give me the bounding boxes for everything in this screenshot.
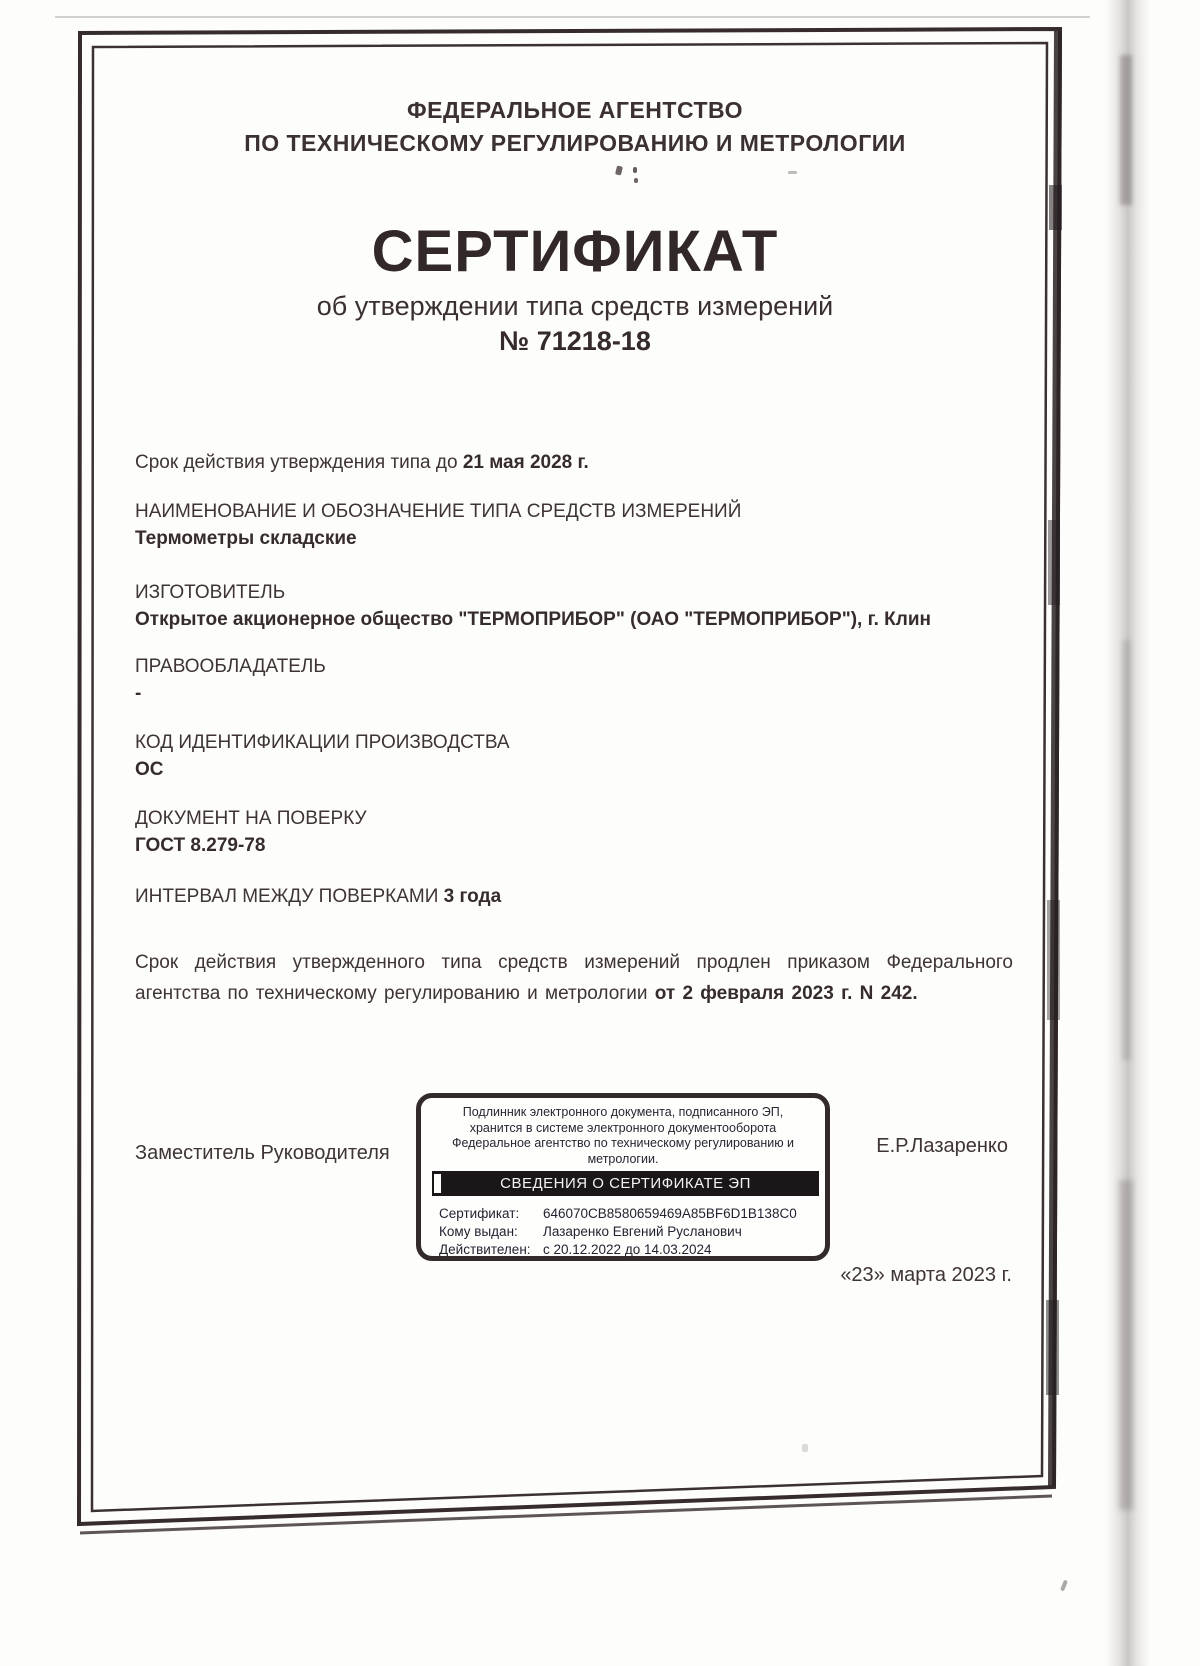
stamp-row-issued-to: Кому выдан:Лазаренко Евгений Русланович <box>439 1223 825 1241</box>
extension-paragraph: Срок действия утвержденного типа средств… <box>135 947 1013 1009</box>
stamp-valid-label: Действителен: <box>439 1241 543 1259</box>
stamp-certificate-details: Сертификат:646070CB8580659469A85BF6D1B13… <box>439 1205 825 1259</box>
scan-streak-artifact <box>1120 55 1132 205</box>
validity-prefix: Срок действия утверждения типа до <box>135 452 463 473</box>
rights-holder-value: - <box>135 681 1013 707</box>
scan-streak-artifact <box>1119 1180 1133 1510</box>
scan-smudge <box>633 167 637 173</box>
certificate-number: № 71218-18 <box>80 326 1070 357</box>
scan-streak-artifact <box>1122 640 1131 1060</box>
agency-name-line2: ПО ТЕХНИЧЕСКОМУ РЕГУЛИРОВАНИЮ И МЕТРОЛОГ… <box>80 127 1070 160</box>
scan-smudge <box>615 165 623 175</box>
validity-date: 21 мая 2028 г. <box>463 452 589 473</box>
interval-prefix: ИНТЕРВАЛ МЕЖДУ ПОВЕРКАМИ <box>135 886 444 907</box>
production-code-value: ОС <box>135 757 1013 783</box>
agency-name-line1: ФЕДЕРАЛЬНОЕ АГЕНТСТВО <box>80 94 1070 127</box>
signatory-position: Заместитель Руководителя <box>135 1142 390 1165</box>
verification-interval-line: ИНТЕРВАЛ МЕЖДУ ПОВЕРКАМИ 3 года <box>135 884 1013 910</box>
certificate-title: СЕРТИФИКАТ <box>80 222 1070 282</box>
electronic-signature-stamp: Подлинник электронного документа, подпис… <box>416 1093 830 1261</box>
production-code-label: КОД ИДЕНТИФИКАЦИИ ПРОИЗВОДСТВА <box>135 730 1013 756</box>
agency-name: ФЕДЕРАЛЬНОЕ АГЕНТСТВО ПО ТЕХНИЧЕСКОМУ РЕ… <box>80 94 1070 160</box>
scan-smudge <box>802 1444 808 1452</box>
stamp-valid-value: с 20.12.2022 до 14.03.2024 <box>543 1242 712 1257</box>
scan-smudge <box>788 171 797 174</box>
stamp-intro-line: Подлинник электронного документа, подпис… <box>431 1105 815 1121</box>
manufacturer-value: Открытое акционерное общество "ТЕРМОПРИБ… <box>135 607 1013 633</box>
stamp-issued-label: Кому выдан: <box>439 1223 543 1241</box>
scan-smudge <box>1060 1580 1068 1592</box>
stamp-certificate-info-header: СВЕДЕНИЯ О СЕРТИФИКАТЕ ЭП <box>432 1171 819 1196</box>
stamp-row-certificate: Сертификат:646070CB8580659469A85BF6D1B13… <box>439 1205 825 1223</box>
certificate-page: ФЕДЕРАЛЬНОЕ АГЕНТСТВО ПО ТЕХНИЧЕСКОМУ РЕ… <box>0 0 1200 1666</box>
verification-document-value: ГОСТ 8.279-78 <box>135 833 1013 859</box>
stamp-issued-value: Лазаренко Евгений Русланович <box>543 1224 742 1239</box>
signatory-name: Е.Р.Лазаренко <box>876 1135 1008 1158</box>
stamp-intro-text: Подлинник электронного документа, подпис… <box>431 1105 815 1167</box>
stamp-intro-line: хранится в системе электронного документ… <box>431 1121 815 1137</box>
interval-value: 3 года <box>444 886 502 907</box>
certificate-subtitle: об утверждении типа средств измерений <box>80 290 1070 322</box>
manufacturer-label: ИЗГОТОВИТЕЛЬ <box>135 580 1013 606</box>
stamp-certificate-value: 646070CB8580659469A85BF6D1B138C0 <box>543 1206 797 1221</box>
scan-edge-artifact <box>55 16 1090 18</box>
stamp-intro-line: Федеральное агентство по техническому ре… <box>431 1136 815 1152</box>
signing-date: «23» марта 2023 г. <box>840 1264 1012 1287</box>
rights-holder-label: ПРАВООБЛАДАТЕЛЬ <box>135 654 1013 680</box>
validity-line: Срок действия утверждения типа до 21 мая… <box>135 450 1013 476</box>
verification-document-label: ДОКУМЕНТ НА ПОВЕРКУ <box>135 806 1013 832</box>
name-type-label: НАИМЕНОВАНИЕ И ОБОЗНАЧЕНИЕ ТИПА СРЕДСТВ … <box>135 499 1013 525</box>
scan-smudge <box>634 178 638 183</box>
stamp-certificate-label: Сертификат: <box>439 1205 543 1223</box>
extension-order: от 2 февраля 2023 г. N 242. <box>655 983 918 1004</box>
stamp-row-valid: Действителен:с 20.12.2022 до 14.03.2024 <box>439 1241 825 1259</box>
name-type-value: Термометры складские <box>135 526 1013 552</box>
stamp-intro-line: метрологии. <box>431 1152 815 1168</box>
